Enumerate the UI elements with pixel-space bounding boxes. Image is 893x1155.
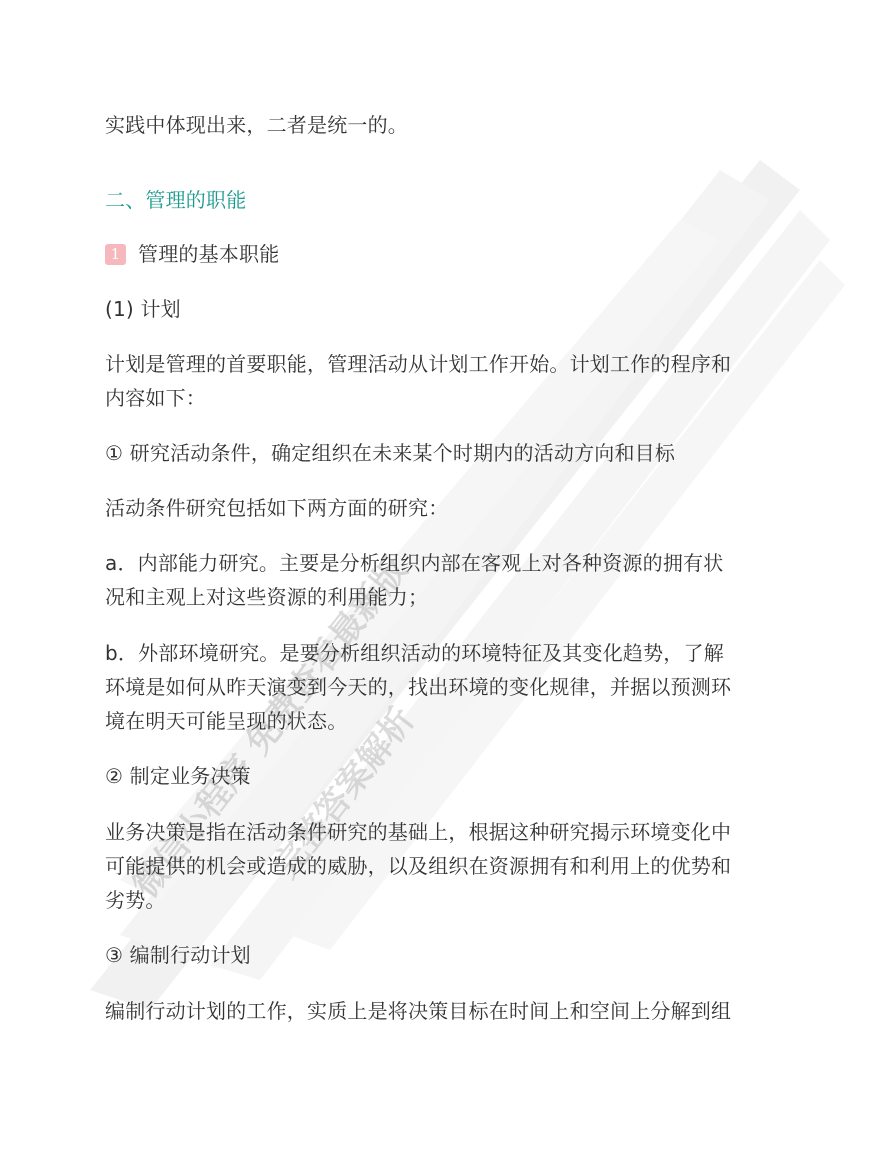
paragraph-line: b．外部环境研究。是要分析组织活动的环境特征及其变化趋势，了解 bbox=[105, 636, 724, 670]
step-heading: ③ 编制行动计划 bbox=[105, 938, 251, 972]
paragraph-line: 可能提供的机会或造成的威胁，以及组织在资源拥有和利用上的优势和 bbox=[105, 849, 731, 883]
number-badge: 1 bbox=[105, 244, 126, 265]
paragraph-line: 内容如下： bbox=[105, 381, 206, 415]
paragraph-line: 活动条件研究包括如下两方面的研究： bbox=[105, 491, 448, 525]
paragraph-line: 业务决策是指在活动条件研究的基础上，根据这种研究揭示环境变化中 bbox=[105, 815, 731, 849]
subsection-heading: 1管理的基本职能 bbox=[105, 237, 279, 271]
step-heading: ① 研究活动条件，确定组织在未来某个时期内的活动方向和目标 bbox=[105, 436, 675, 470]
paragraph-line: 编制行动计划的工作，实质上是将决策目标在时间上和空间上分解到组 bbox=[105, 994, 731, 1028]
subsection-title: 管理的基本职能 bbox=[138, 242, 279, 266]
paragraph-line: 况和主观上对这些资源的利用能力； bbox=[105, 580, 428, 614]
paragraph-line: a．内部能力研究。主要是分析组织内部在客观上对各种资源的拥有状 bbox=[105, 546, 723, 580]
paragraph-line: 劣势。 bbox=[105, 883, 166, 917]
paragraph-line: 实践中体现出来，二者是统一的。 bbox=[105, 108, 408, 142]
item-heading: (1) 计划 bbox=[105, 292, 181, 326]
paragraph-line: 境在明天可能呈现的状态。 bbox=[105, 704, 347, 738]
paragraph-line: 计划是管理的首要职能，管理活动从计划工作开始。计划工作的程序和 bbox=[105, 347, 731, 381]
paragraph-line: 环境是如何从昨天演变到今天的，找出环境的变化规律，并据以预测环 bbox=[105, 670, 731, 704]
step-heading: ② 制定业务决策 bbox=[105, 759, 251, 793]
section-heading: 二、管理的职能 bbox=[105, 183, 246, 217]
document-page: 微信小程序 免费查看最新版 完整答案解析 实践中体现出来，二者是统一的。 二、管… bbox=[0, 0, 893, 1155]
